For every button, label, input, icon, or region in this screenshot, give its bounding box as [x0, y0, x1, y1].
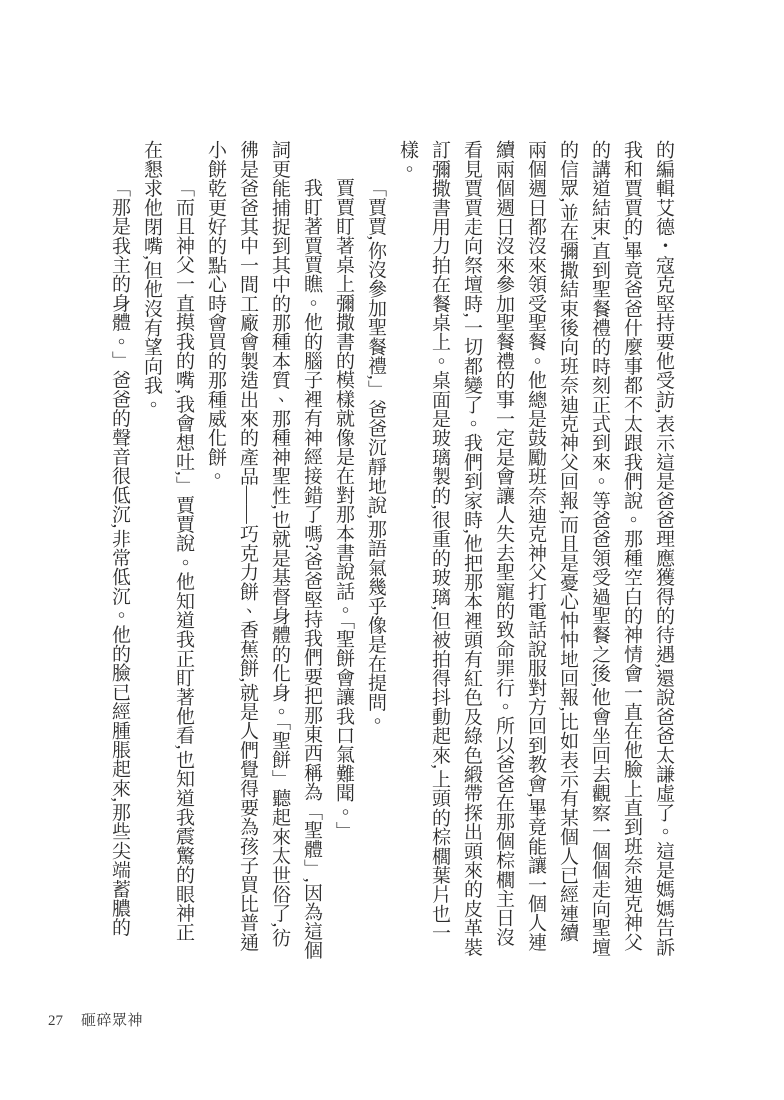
paragraph-narration: 我盯著賈賈瞧。他的腦子裡有神經接錯了嗎?爸爸堅持我們要把那東西稱為「聖體」,因為…: [199, 140, 327, 960]
text-block: 的編輯艾德・寇克堅持要他受訪,表示這是爸爸理應獲得的待遇,還說爸爸太謙虛了。這是…: [103, 140, 679, 960]
paragraph-continuation: 的編輯艾德・寇克堅持要他受訪,表示這是爸爸理應獲得的待遇,還說爸爸太謙虛了。這是…: [391, 140, 679, 960]
paragraph-dialogue-father-2: 「那是我主的身體。」爸爸的聲音很低沉,非常低沉。他的臉已經腫脹起來,那些尖端蓄膿…: [103, 140, 135, 960]
paragraph-dialogue-jaja-2: 「而且神父一直摸我的嘴,我會想吐,」賈賈說。他知道我正盯著他看,也知道我震驚的眼…: [135, 140, 199, 960]
book-page: 的編輯艾德・寇克堅持要他受訪,表示這是爸爸理應獲得的待遇,還說爸爸太謙虛了。這是…: [0, 0, 784, 1100]
page-footer: 27 砸碎眾神: [48, 1009, 143, 1030]
page-number: 27: [48, 1013, 63, 1030]
book-title: 砸碎眾神: [81, 1009, 143, 1030]
paragraph-dialogue-jaja: 賈賈盯著桌上彌撒書的模樣就像是在對那本書說話。「聖餅會讓我口氣難聞。」: [327, 140, 359, 960]
paragraph-dialogue-father: 「賈賈,你沒參加聖餐禮,」爸爸沉靜地說,那語氣幾乎像是在提問。: [359, 140, 391, 960]
